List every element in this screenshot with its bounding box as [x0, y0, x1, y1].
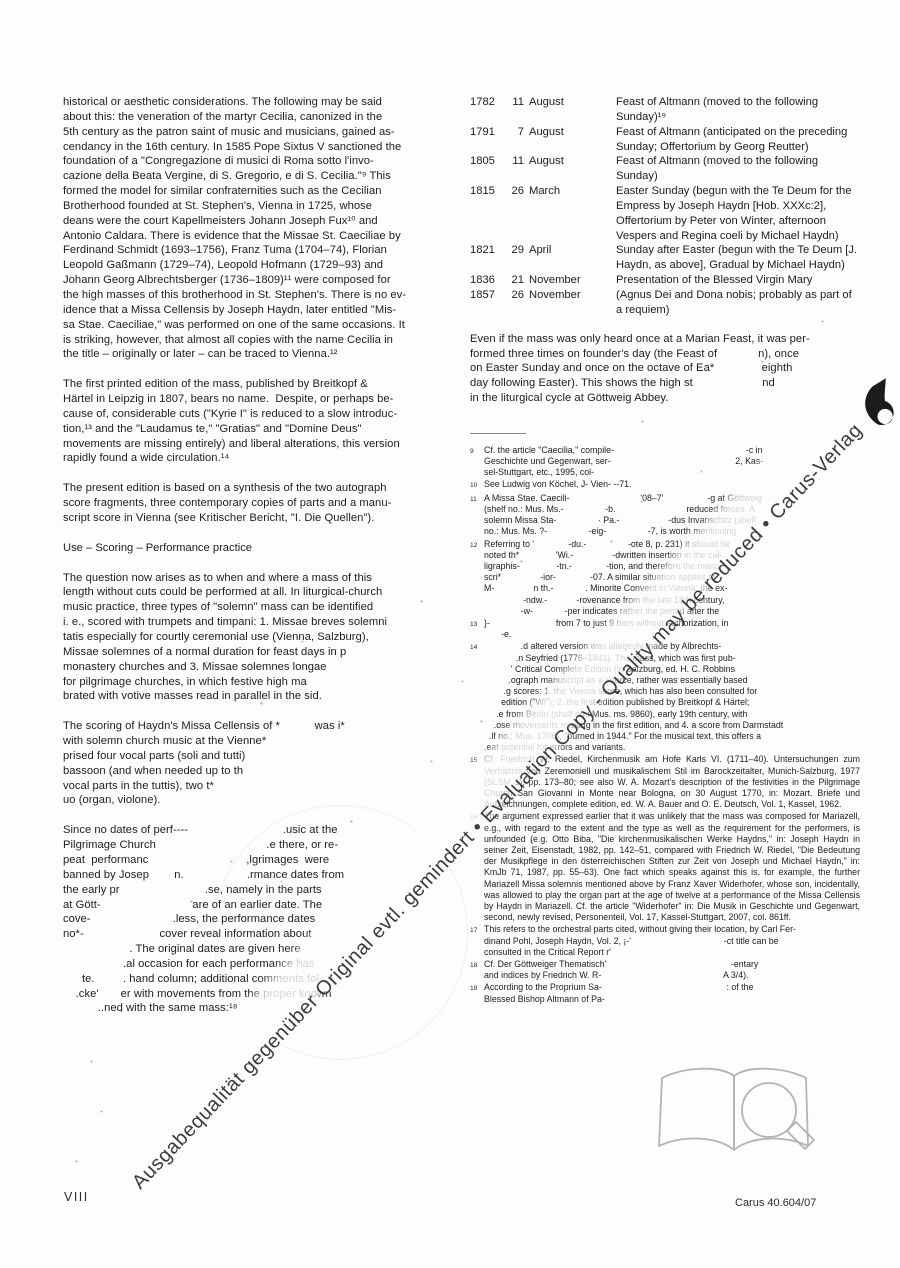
schedule-day: 29 — [508, 243, 524, 273]
footnote-number: 13 — [470, 618, 484, 640]
paragraph-scoring-fragment: The scoring of Haydn's Missa Cellensis o… — [63, 719, 465, 808]
schedule-day: 26 — [508, 288, 524, 318]
schedule-month: April — [524, 243, 604, 273]
page-number: VIII — [64, 1190, 89, 1204]
footnote-row: 17This refers to the orchestral parts ci… — [470, 924, 860, 958]
schedule-year: 1782 — [470, 95, 508, 125]
schedule-year: 1821 — [470, 243, 508, 273]
schedule-day: 7 — [508, 125, 524, 155]
footnote-number: 10 — [470, 479, 484, 491]
footnote-row: 16The argument expressed earlier that it… — [470, 811, 860, 923]
section-heading-use-scoring: Use – Scoring – Performance practice — [63, 541, 465, 556]
schedule-year: 1857 — [470, 288, 508, 318]
paragraph-summary-fragment: Even if the mass was only heard once at … — [470, 332, 860, 406]
paragraph-present-edition: The present edition is based on a synthe… — [63, 481, 465, 526]
footnote-number: 17 — [470, 924, 484, 958]
schedule-day: 21 — [508, 273, 524, 288]
schedule-month: November — [524, 288, 604, 318]
schedule-desc: Easter Sunday (begun with the Te Deum fo… — [604, 184, 860, 243]
footnote-number: 11 — [470, 493, 484, 538]
footnote-row: 19According to the Proprium Sa- : of the… — [470, 982, 860, 1004]
schedule-day: 26 — [508, 184, 524, 243]
schedule-year: 1805 — [470, 154, 508, 184]
schedule-desc: Feast of Altmann (moved to the following… — [604, 154, 860, 184]
footnote-text: The argument expressed earlier that it w… — [484, 811, 860, 923]
schedule-desc: (Agnus Dei and Dona nobis; probably as p… — [604, 288, 860, 318]
footnote-divider — [470, 433, 526, 434]
schedule-desc: Sunday after Easter (begun with the Te D… — [604, 243, 860, 273]
footnote-number: 18 — [470, 959, 484, 981]
schedule-month: August — [524, 95, 604, 125]
schedule-year: 1791 — [470, 125, 508, 155]
footnote-text: According to the Proprium Sa- : of the B… — [484, 982, 860, 1004]
schedule-month: November — [524, 273, 604, 288]
schedule-month: August — [524, 125, 604, 155]
schedule-day: 11 — [508, 154, 524, 184]
schedule-year: 1836 — [470, 273, 508, 288]
footnote-row: 18Cf. Der Göttweiger Thematisch' -entary… — [470, 959, 860, 981]
footnote-number: 9 — [470, 445, 484, 479]
paragraph-mass-types: The question now arises as to when and w… — [63, 571, 465, 705]
right-text-column: 178211AugustFeast of Altmann (moved to t… — [470, 95, 860, 1006]
footnote-text: Cf. Der Göttweiger Thematisch' -entary a… — [484, 959, 860, 981]
schedule-desc: Feast of Altmann (moved to the following… — [604, 95, 860, 125]
paragraph-first-printed-edition: The first printed edition of the mass, p… — [63, 377, 465, 466]
footnote-number: 14 — [470, 641, 484, 753]
footnote-number: 12 — [470, 539, 484, 617]
schedule-day: 11 — [508, 95, 524, 125]
footnote-number: 19 — [470, 982, 484, 1004]
book-magnifier-logo — [648, 1058, 824, 1167]
footnote-text: This refers to the orchestral parts cite… — [484, 924, 860, 958]
scanned-preface-page: historical or aesthetic considerations. … — [0, 0, 900, 1268]
schedule-month: August — [524, 154, 604, 184]
scan-noise-speckles — [0, 0, 1, 1]
schedule-year: 1815 — [470, 184, 508, 243]
schedule-table: 178211AugustFeast of Altmann (moved to t… — [470, 95, 860, 318]
schedule-desc: Feast of Altmann (anticipated on the pre… — [604, 125, 860, 155]
schedule-month: March — [524, 184, 604, 243]
catalog-number: Carus 40.604/07 — [735, 1197, 816, 1209]
schedule-desc: Presentation of the Blessed Virgin Mary — [604, 273, 860, 288]
paragraph-cecilia-history: historical or aesthetic considerations. … — [63, 95, 465, 362]
